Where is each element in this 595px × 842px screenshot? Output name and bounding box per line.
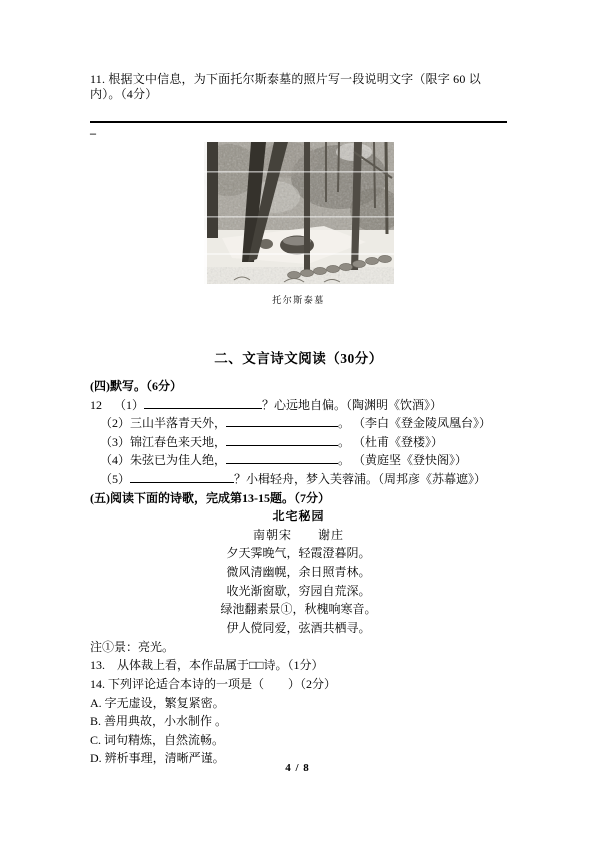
item-number: （4） [100,453,130,467]
question-14-option-b: B. 善用典故，小水制作 。 [90,712,507,731]
item-text: ？心远地自偏。（陶渊明《饮酒》） [262,398,442,412]
question-14-option-c: C. 词句精炼，自然流畅。 [90,731,507,750]
poem-line-2: 微风清幽幌，余日照青林。 [90,563,507,582]
forest-canopy [204,142,394,234]
photo-caption: 托尔斯泰墓 [90,294,507,306]
question-14-stem: 14. 下列评论适合本诗的一项是（ ）（2分） [90,675,507,694]
poem-author: 南朝宋 谢庄 [90,526,507,545]
answer-blank [144,397,262,409]
figure-block: 托尔斯泰墓 [90,142,507,306]
dictation-heading: (四)默写。（6分） [90,377,507,396]
tolstoy-tomb-photo [204,142,394,284]
answer-rule-line [90,121,507,123]
answer-dash: – [90,128,507,139]
item-number: （5） [100,472,130,486]
dictation-item-2: （2）三山半落青天外，。 （李白《登金陵凤凰台》） [90,414,507,433]
poem-line-4: 绿池翻素景①，秋槐响寒音。 [90,600,507,619]
question-number: 12 [90,398,102,412]
dictation-item-1: 12（1）？心远地自偏。（陶渊明《饮酒》） [90,396,507,415]
question-11-text: 11. 根据文中信息，为下面托尔斯泰墓的照片写一段说明文字（限字 60 以内）。… [90,0,507,102]
poem-line-1: 夕天霁晚气，轻霞澄暮阴。 [90,544,507,563]
answer-blank [226,452,338,464]
section-heading: 二、文言诗文阅读（30分） [90,350,507,368]
poem-line-3: 收光渐窗歇，穷园自荒深。 [90,582,507,601]
item-number: （1） [114,398,144,412]
item-text: 。 （黄庭坚《登快阁》） [338,453,467,467]
question-14-option-a: A. 字无虚设，繁复紧密。 [90,694,507,713]
item-number: （3） [100,435,130,449]
answer-blank [226,434,338,446]
item-text-before: 三山半落青天外， [130,416,226,430]
poem-title: 北宅秘园 [90,507,507,526]
poem-block: 北宅秘园 南朝宋 谢庄 夕天霁晚气，轻霞澄暮阴。 微风清幽幌，余日照青林。 收光… [90,507,507,637]
poetry-section-heading: (五)阅读下面的诗歌，完成第13-15题。（7分） [90,489,507,508]
poem-line-5: 伊人傥同爱，弦酒共栖寻。 [90,619,507,638]
question-13: 13. 从体裁上看，本作品属于□□诗。（1分） [90,656,507,675]
page-number: 4 / 8 [0,762,595,774]
item-text: 。 （李白《登金陵凤凰台》） [338,416,491,430]
exam-paper-page: 11. 根据文中信息，为下面托尔斯泰墓的照片写一段说明文字（限字 60 以内）。… [0,0,595,842]
item-text-before: 朱弦已为佳人绝， [130,453,226,467]
item-text: 。 （杜甫《登楼》） [338,435,443,449]
item-text: ？小楫轻舟，梦入芙蓉浦。（周邦彦《苏幕遮》） [234,472,486,486]
dictation-item-4: （4）朱弦已为佳人绝，。 （黄庭坚《登快阁》） [90,451,507,470]
answer-blank [130,471,234,483]
dictation-item-5: （5）？小楫轻舟，梦入芙蓉浦。（周邦彦《苏幕遮》） [90,470,507,489]
item-text-before: 锦江春色来天地， [130,435,226,449]
dictation-item-3: （3）锦江春色来天地，。 （杜甫《登楼》） [90,433,507,452]
answer-blank [226,415,338,427]
page-content: 11. 根据文中信息，为下面托尔斯泰墓的照片写一段说明文字（限字 60 以内）。… [90,0,507,768]
poem-note: 注①景：亮光。 [90,638,507,657]
item-number: （2） [100,416,130,430]
